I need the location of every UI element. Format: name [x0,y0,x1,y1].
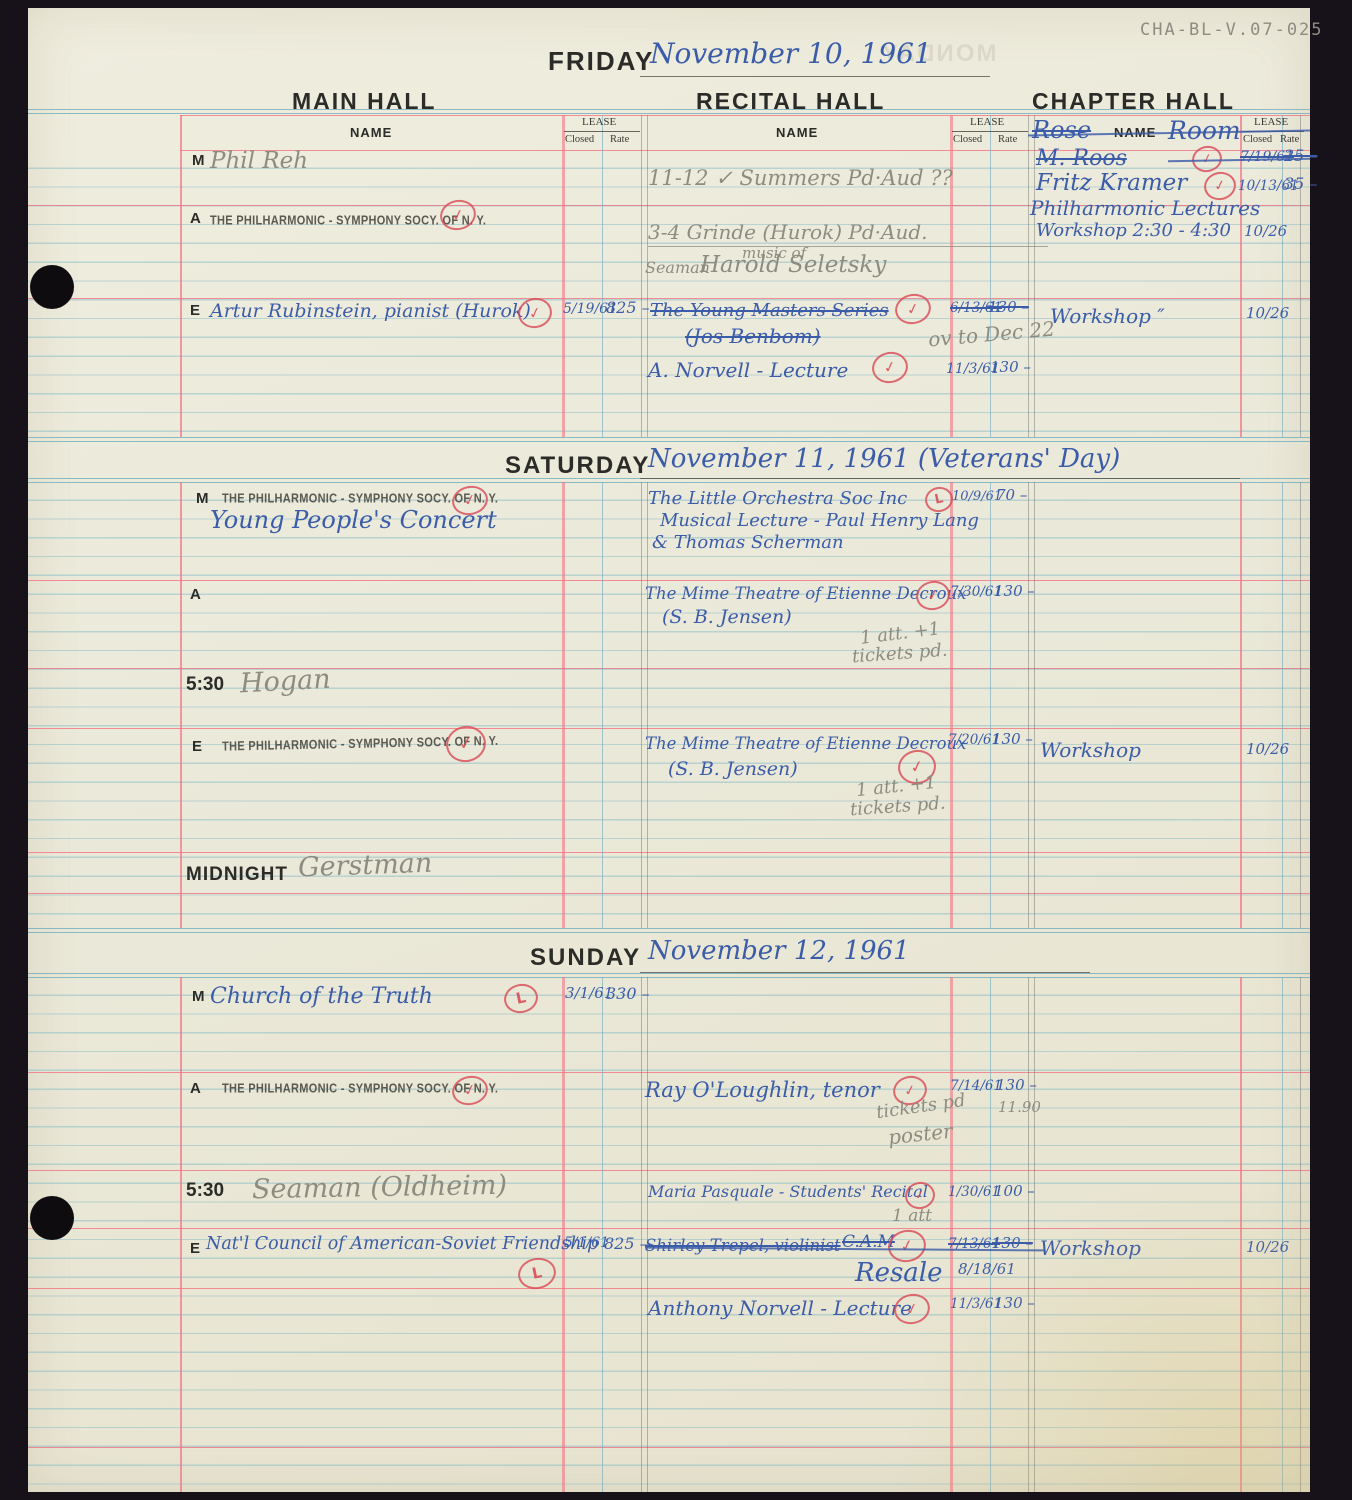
entry-sunday-main-e-rate: 825 – [604,1236,648,1252]
ref-number: CHA-BL-V.07-025 [1140,22,1324,39]
entry-friday-main-e: Artur Rubinstein, pianist (Hurok) [210,302,531,321]
hole-punch [30,1196,74,1240]
rate-label-chapter: Rate [1280,134,1299,145]
pink-line [28,728,1310,729]
entry-sunday-recital-a-note3: 11.90 [998,1100,1041,1115]
row-label-e: E [190,302,200,319]
row-label-a: A [190,586,201,603]
entry-saturday-recital-m2: Musical Lecture - Paul Henry Lang [660,512,979,530]
row-label-m: M [192,988,205,1005]
row-label-m: M [196,490,209,507]
entry-friday-chapter-m2-rate: 35 – [1284,176,1317,192]
pink-line [28,1170,1310,1171]
closed-label-recital: Closed [953,134,982,145]
rate-label-recital: Rate [998,134,1017,145]
pink-line [28,852,1310,853]
entry-friday-recital-e2-rate: 130 – [990,360,1031,375]
row-label-530: 5:30 [186,1180,224,1202]
entry-friday-chapter-m1-rate: 25 – [1284,148,1317,164]
entry-friday-chapter-e: Workshop ″ [1050,306,1165,326]
hole-punch [30,265,74,309]
entry-friday-recital-a2-name: Harold Seletsky [700,254,886,277]
entry-sunday-main-530: Seaman (Oldheim) [252,1172,507,1203]
date-underline [640,972,1090,973]
entry-friday-main-e-rate: 825 – [606,300,650,316]
column-line [1300,977,1301,1492]
row-label-530: 5:30 [186,674,224,696]
ledger-page: CHA-BL-V.07-025 MONDAY FRIDAY November 1… [28,8,1310,1492]
lease-label-chapter: LEASE [1254,116,1288,128]
entry-friday-recital-e1-rate: 130 – [988,300,1029,315]
entry-friday-chapter-m1: M. Roos [1036,148,1127,170]
column-line [1034,115,1035,437]
entry-friday-chapter-e-closed: 10/26 [1246,306,1289,321]
lease-label-main: LEASE [582,116,616,128]
hall-title-main: MAIN HALL [292,88,436,115]
column-line [1240,482,1242,928]
day-label-sunday: SUNDAY [530,944,641,972]
column-line [1028,482,1029,928]
blue-line [28,977,1310,978]
entry-saturday-recital-m1: The Little Orchestra Soc Inc [648,490,907,508]
entry-saturday-chapter-e-closed: 10/26 [1246,742,1289,757]
column-line [1034,977,1035,1492]
column-line [562,482,565,928]
column-line [950,115,953,437]
entry-sunday-chapter-e: Workshop [1040,1238,1141,1258]
entry-sunday-main-e: Nat'l Council of American-Soviet Friends… [206,1236,598,1254]
date-underline [640,76,990,77]
blue-line [28,928,1310,929]
column-line [602,115,603,437]
column-line [990,482,991,928]
entry-sunday-recital-a-rate: 130 – [996,1078,1037,1093]
pink-line [28,668,1310,669]
entry-saturday-recital-e2: (S. B. Jensen) [668,760,798,779]
pink-line [28,1288,1310,1289]
column-line [180,115,182,437]
day-label-saturday: SATURDAY [505,452,650,480]
row-label-m: M [192,152,205,169]
entry-saturday-recital-e-rate: 130 – [992,732,1033,747]
column-line [950,977,953,1492]
entry-sunday-chapter-e-closed: 10/26 [1246,1240,1289,1255]
entry-sunday-recital-e2: Anthony Norvell - Lecture [648,1298,912,1318]
pink-line [28,298,1310,299]
entry-sunday-recital-e1-resale-date: 8/18/61 [958,1262,1016,1277]
column-line [562,115,565,437]
pink-line [28,580,1310,581]
column-line [1282,977,1283,1492]
column-line [641,482,642,928]
entry-friday-chapter-a-closed: 10/26 [1244,224,1287,239]
column-line [1034,482,1035,928]
entry-friday-chapter-m3: Philharmonic Lectures [1030,198,1260,218]
hall-title-chapter: CHAPTER HALL [1032,88,1235,115]
column-line [950,482,953,928]
closed-label-main: Closed [565,134,594,145]
entry-sunday-recital-530-closed: 1/30/61 [948,1186,1000,1200]
blue-line [28,437,1310,438]
entry-saturday-main-530: Hogan [239,666,331,698]
col-name-recital: NAME [776,125,818,140]
entry-friday-recital-e2: A. Norvell - Lecture [648,360,848,380]
date-saturday: November 11, 1961 (Veterans' Day) [648,446,1120,472]
entry-saturday-main-midnight: Gerstman [298,850,433,882]
date-friday: November 10, 1961 [650,40,932,68]
rate-label-main: Rate [610,134,629,145]
column-line [647,482,648,928]
entry-saturday-recital-m3: & Thomas Scherman [652,534,844,552]
entry-sunday-main-m-rate: 330 – [606,986,650,1002]
blue-line [28,441,1310,442]
column-line [1282,482,1283,928]
entry-friday-recital-e1: The Young Masters Series [650,302,889,320]
entry-friday-recital-a1: 3-4 Grinde (Hurok) Pd·Aud. [648,222,927,242]
pink-line [180,115,1310,116]
column-line [602,482,603,928]
column-line [1028,115,1029,437]
column-line [641,115,642,437]
entry-sunday-recital-530-note: 1 att [892,1208,932,1225]
pencil-underline [648,246,1048,247]
pink-line [28,1447,1310,1448]
entry-friday-chapter-a: Workshop 2:30 - 4:30 [1036,222,1231,240]
hall-title-recital: RECITAL HALL [696,88,885,115]
scan-background: CHA-BL-V.07-025 MONDAY FRIDAY November 1… [0,0,1352,1500]
date-underline [640,478,1240,479]
entry-saturday-recital-m1-rate: 70 – [996,488,1027,503]
column-line [990,115,991,437]
entry-friday-recital-e1b: (Jos Benbom) [685,326,821,346]
entry-saturday-recital-a-rate: 130 – [994,584,1035,599]
entry-sunday-recital-530-rate: 100 – [994,1184,1035,1199]
day-label-friday: FRIDAY [548,46,654,77]
entry-friday-main-m: Phil Reh [210,150,308,173]
lease-label-recital: LEASE [970,116,1004,128]
pink-line [28,1072,1310,1073]
column-line [1240,977,1242,1492]
entry-chapter-header-rose: Rose [1032,118,1091,142]
entry-saturday-chapter-e: Workshop [1040,740,1141,760]
row-label-e: E [190,1240,200,1257]
blue-line [28,932,1310,933]
pink-line [180,150,1310,151]
row-label-a: A [190,1080,201,1097]
row-label-e: E [192,738,202,755]
row-label-midnight: MIDNIGHT [186,864,288,886]
entry-sunday-main-e-closed: 5/1/61 [564,1236,609,1250]
entry-sunday-recital-530: Maria Pasquale - Students' Recital [648,1184,928,1200]
column-line [180,977,182,1492]
column-line [990,977,991,1492]
col-name-main: NAME [350,125,392,140]
pink-line [28,1228,1310,1229]
entry-sunday-recital-e2-rate: 130 – [994,1296,1035,1311]
closed-label-chapter: Closed [1243,134,1272,145]
blue-line [28,973,1310,974]
entry-saturday-recital-m1-closed: 10/9/61 [952,490,1002,503]
blue-line [28,482,1310,483]
lease-underline [952,131,1028,132]
entry-sunday-recital-e1-resale: Resale [855,1260,943,1286]
entry-friday-chapter-m2: Fritz Kramer [1036,172,1187,195]
entry-sunday-recital-a: Ray O'Loughlin, tenor [645,1080,880,1101]
column-line [1300,482,1301,928]
pink-line [28,893,1310,894]
row-label-a: A [190,210,201,227]
entry-friday-recital-m: 11-12 ✓ Summers Pd·Aud ?? [648,168,953,189]
entry-sunday-main-m: Church of the Truth [210,986,433,1008]
date-sunday: November 12, 1961 [648,938,910,964]
entry-sunday-recital-a-note2: poster [887,1121,953,1148]
column-line [180,482,182,928]
entry-saturday-recital-a2: (S. B. Jensen) [662,608,792,627]
lease-underline [564,131,640,132]
entry-saturday-main-m2: Young People's Concert [210,508,497,532]
